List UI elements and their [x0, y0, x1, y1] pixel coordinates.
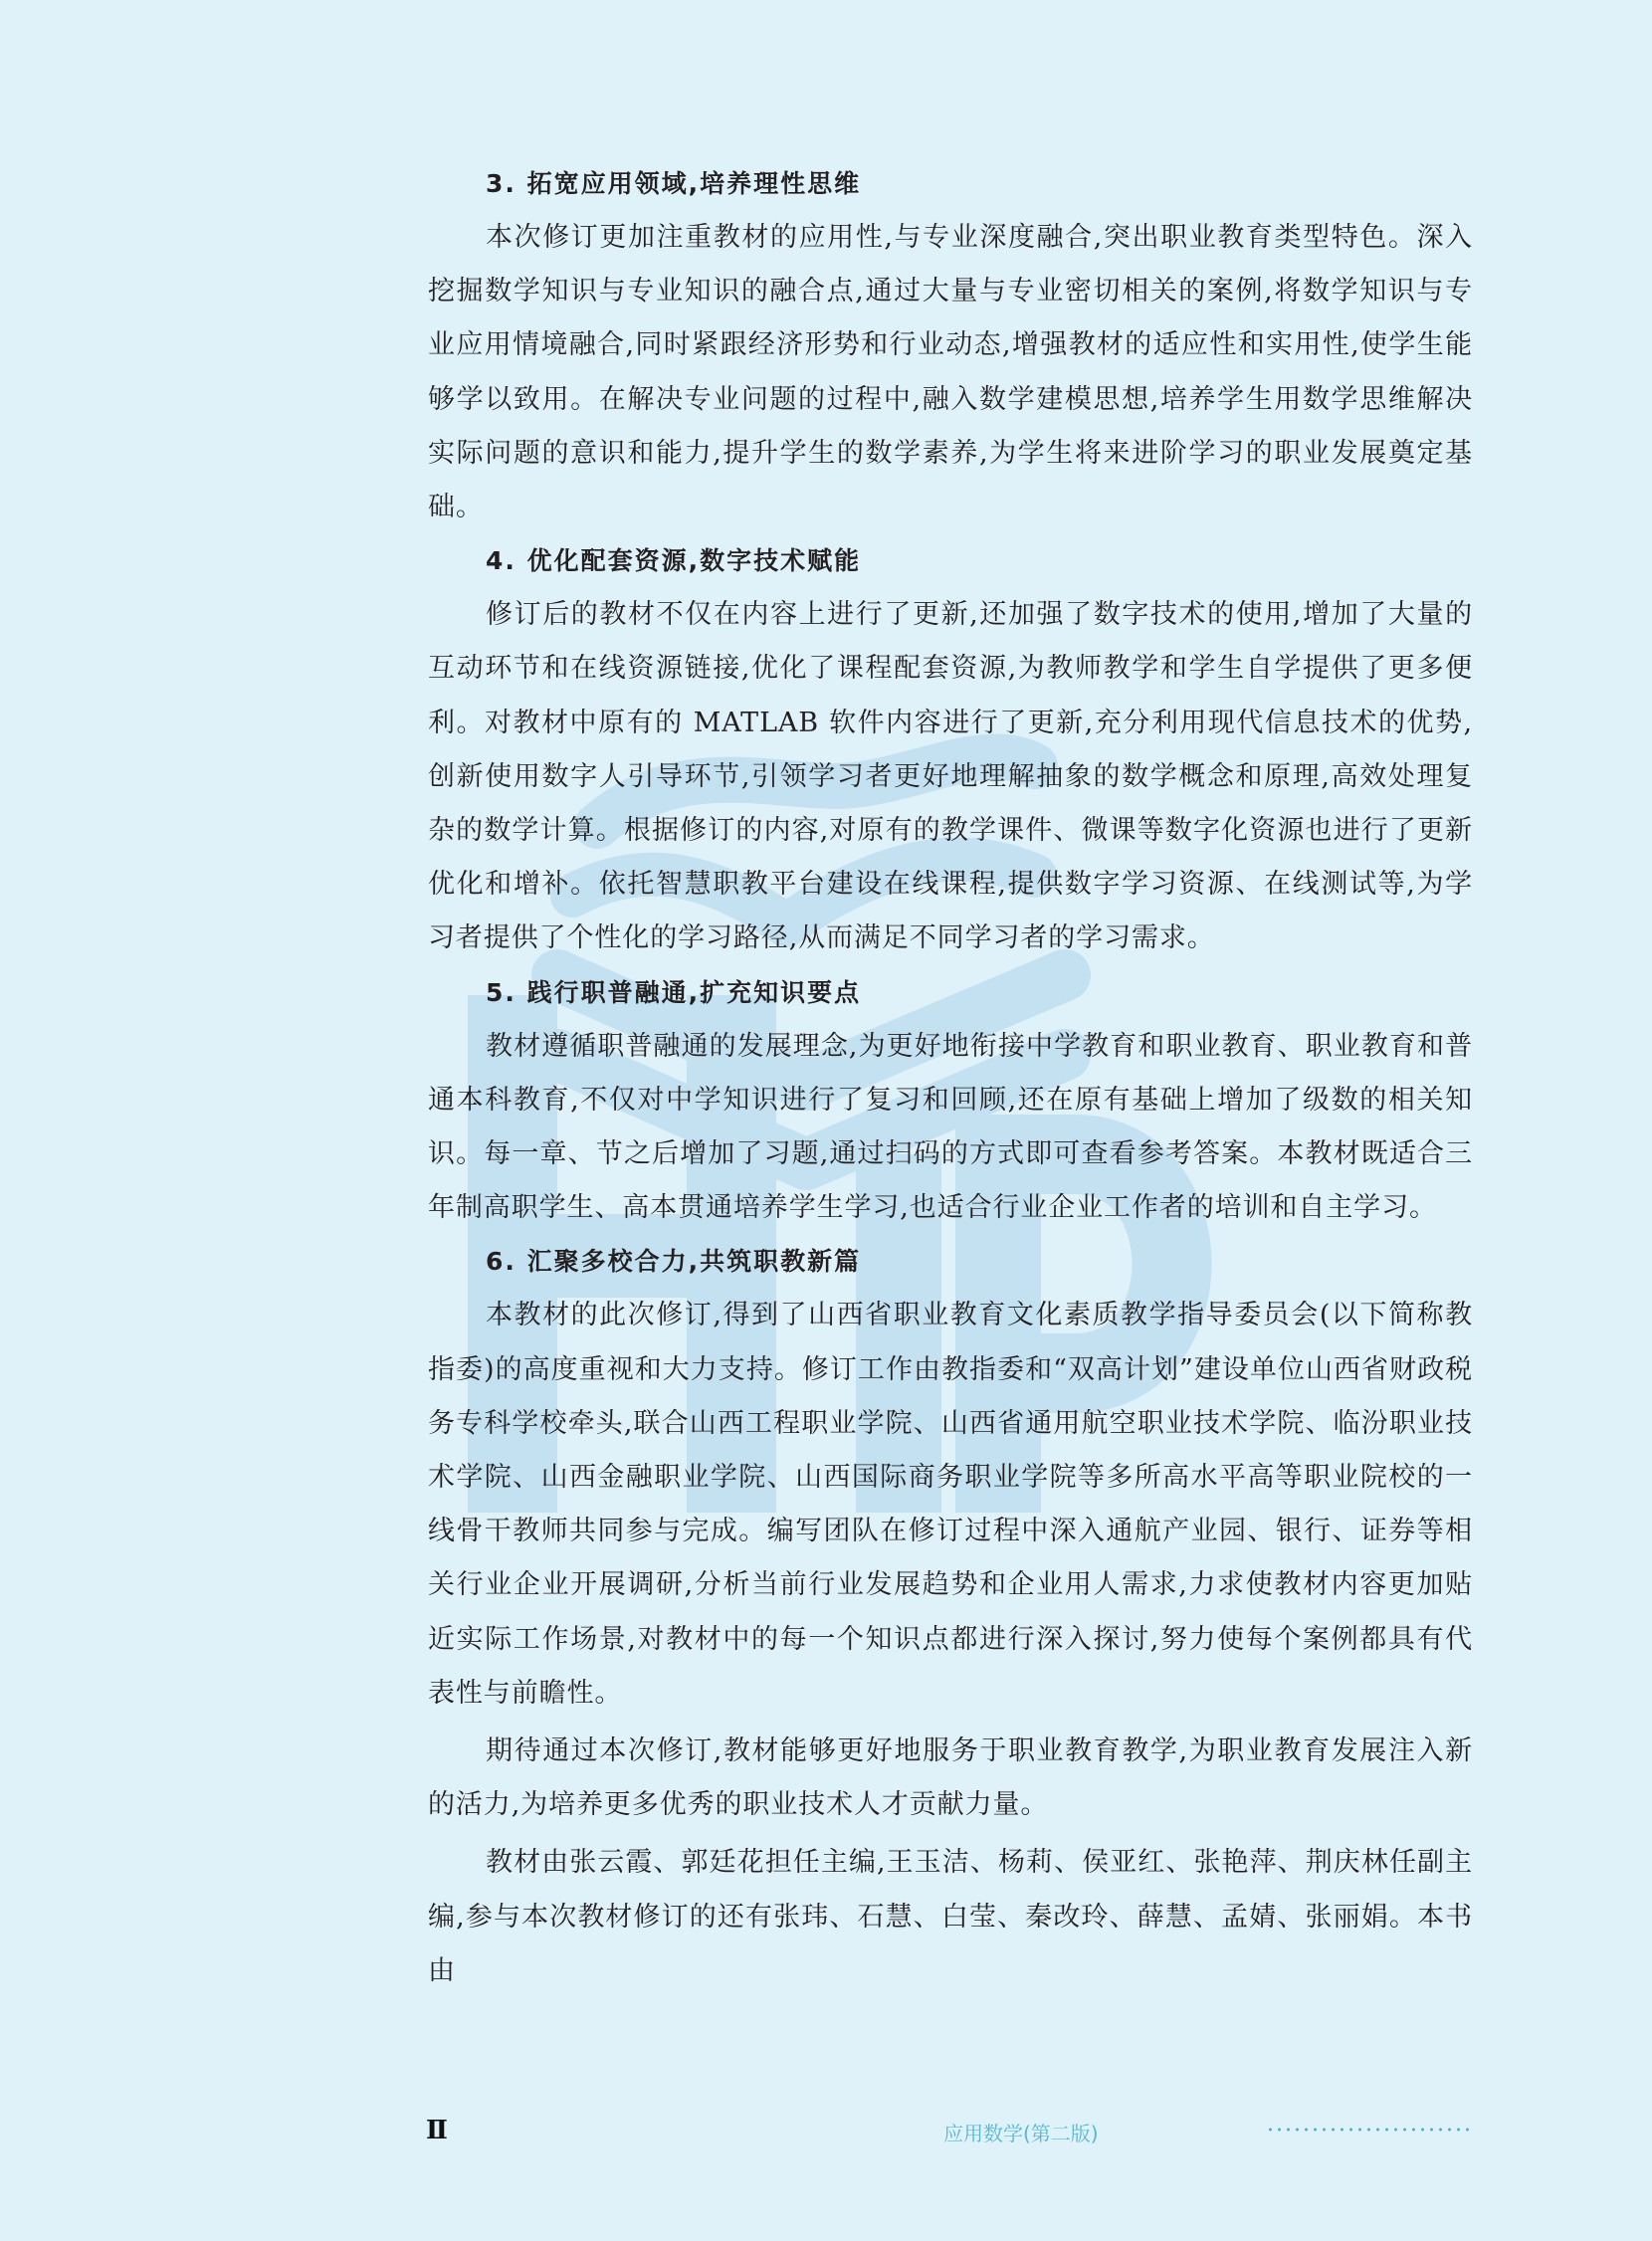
page-number: Ⅱ [426, 2116, 446, 2145]
document-body: 3. 拓宽应用领域,培养理性思维 本次修订更加注重教材的应用性,与专业深度融合,… [428, 157, 1473, 1998]
section-paragraph: 教材遵循职普融通的发展理念,为更好地衔接中学教育和职业教育、职业教育和普通本科教… [428, 1020, 1473, 1236]
dotted-rule [1266, 2128, 1471, 2132]
section-5: 5. 践行职普融通,扩充知识要点 教材遵循职普融通的发展理念,为更好地衔接中学教… [428, 966, 1473, 1236]
editors-paragraph: 教材由张云霞、郭廷花担任主编,王玉洁、杨莉、侯亚红、张艳萍、荆庆林任副主编,参与… [428, 1836, 1473, 1998]
section-heading: 6. 汇聚多校合力,共筑职教新篇 [428, 1235, 1473, 1289]
section-paragraph: 本教材的此次修订,得到了山西省职业教育文化素质教学指导委员会(以下简称教指委)的… [428, 1289, 1473, 1721]
section-4: 4. 优化配套资源,数字技术赋能 修订后的教材不仅在内容上进行了更新,还加强了数… [428, 534, 1473, 965]
section-heading: 4. 优化配套资源,数字技术赋能 [428, 534, 1473, 588]
page-footer: Ⅱ 应用数学(第二版) [0, 2112, 1652, 2153]
section-paragraph: 修订后的教材不仅在内容上进行了更新,还加强了数字技术的使用,增加了大量的互动环节… [428, 588, 1473, 965]
section-3: 3. 拓宽应用领域,培养理性思维 本次修订更加注重教材的应用性,与专业深度融合,… [428, 157, 1473, 534]
section-heading: 3. 拓宽应用领域,培养理性思维 [428, 157, 1473, 211]
running-book-title: 应用数学(第二版) [943, 2118, 1099, 2146]
section-6: 6. 汇聚多校合力,共筑职教新篇 本教材的此次修订,得到了山西省职业教育文化素质… [428, 1235, 1473, 1721]
closing: 期待通过本次修订,教材能够更好地服务于职业教育教学,为职业教育发展注入新的活力,… [428, 1725, 1473, 1998]
section-heading: 5. 践行职普融通,扩充知识要点 [428, 966, 1473, 1020]
section-paragraph: 本次修订更加注重教材的应用性,与专业深度融合,突出职业教育类型特色。深入挖掘数学… [428, 211, 1473, 534]
closing-paragraph: 期待通过本次修订,教材能够更好地服务于职业教育教学,为职业教育发展注入新的活力,… [428, 1725, 1473, 1832]
